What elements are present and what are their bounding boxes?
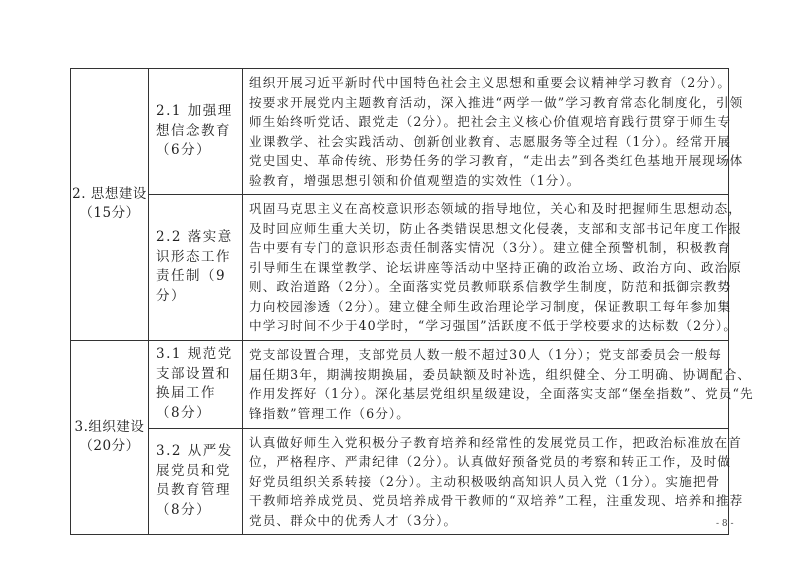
description-line: 中学习时间不少于40学时，“学习强国”活跃度不低于学校要求的达标数（2分）。 [249, 316, 722, 336]
category-score: （15分） [71, 204, 148, 223]
table-row: 2. 思想建设 （15分） 2.1 加强理想信念教育（6分） 组织开展习近平新时… [71, 69, 729, 195]
description-line: 力向校园渗透（2分）。建立健全师生政治理论学习制度，保证教职工每年参加集 [249, 297, 722, 317]
description-line: 作用发挥好（1分）。深化基层党组织星级建设，全面落实支部“堡垒指数”、党员“先 [249, 384, 722, 404]
description-line: 告中要有专门的意识形态责任制落实情况（3分）。建立健全预警机制，积极教育 [249, 238, 722, 258]
subcategory-cell: 2.1 加强理想信念教育（6分） [149, 69, 243, 195]
description-cell: 巩固马克思主义在高校意识形态领域的指导地位，关心和及时把握师生思想动态， 及时回… [243, 195, 729, 341]
subcategory-title: 3.2 从严发展党员和党员教育管理（8分） [156, 443, 233, 518]
table-row: 2.2 落实意识形态工作责任制（9分） 巩固马克思主义在高校意识形态领域的指导地… [71, 195, 729, 341]
subcategory-cell: 3.2 从严发展党员和党员教育管理（8分） [149, 428, 243, 535]
description-line: 巩固马克思主义在高校意识形态领域的指导地位，关心和及时把握师生思想动态， [249, 199, 722, 219]
subcategory-cell: 3.1 规范党支部设置和换届工作（8分） [149, 340, 243, 428]
category-title: 3.组织建设 [71, 418, 148, 437]
description-line: 届任期3年，期满按期换届，委员缺额及时补选，组织健全、分工明确、协调配合、 [249, 365, 722, 385]
category-score: （20分） [71, 437, 148, 456]
subcategory-cell: 2.2 落实意识形态工作责任制（9分） [149, 195, 243, 341]
subcategory-title: 2.2 落实意识形态工作责任制（9分） [156, 229, 233, 304]
description-cell: 组织开展习近平新时代中国特色社会主义思想和重要会议精神学习教育（2分）。 按要求… [243, 69, 729, 195]
description-line: 组织开展习近平新时代中国特色社会主义思想和重要会议精神学习教育（2分）。 [249, 73, 722, 93]
description-line: 好党员组织关系转接（2分）。主动积极吸纳高知识人员入党（1分）。实施把骨 [249, 472, 722, 492]
description-line: 按要求开展党内主题教育活动，深入推进“两学一做”学习教育常态化制度化，引领 [249, 93, 722, 113]
description-line: 则、政治道路（2分）。全面落实党员教师联系信教学生制度，防范和抵御宗教势 [249, 277, 722, 297]
table-row: 3.2 从严发展党员和党员教育管理（8分） 认真做好师生入党积极分子教育培养和经… [71, 428, 729, 535]
description-cell: 认真做好师生入党积极分子教育培养和经常性的发展党员工作，把政治标准放在首 位，严… [243, 428, 729, 535]
description-line: 验教育，增强思想引领和价值观塑造的实效性（1分）。 [249, 171, 722, 191]
description-line: 引导师生在课堂教学、论坛讲座等活动中坚持正确的政治立场、政治方向、政治原 [249, 258, 722, 278]
table-row: 3.组织建设 （20分） 3.1 规范党支部设置和换届工作（8分） 党支部设置合… [71, 340, 729, 428]
description-line: 师生始终听党话、跟党走（2分）。把社会主义核心价值观培育践行贯穿于师生专 [249, 112, 722, 132]
category-cell: 2. 思想建设 （15分） [71, 69, 149, 341]
description-line: 位，严格程序、严肃纪律（2分）。认真做好预备党员的考察和转正工作，及时做 [249, 452, 722, 472]
description-line: 党史国史、革命传统、形势任务的学习教育，“走出去”到各类红色基地开展现场体 [249, 151, 722, 171]
description-line: 锋指数”管理工作（6分）。 [249, 404, 722, 424]
page-number: - 8 - [716, 519, 734, 529]
evaluation-table: 2. 思想建设 （15分） 2.1 加强理想信念教育（6分） 组织开展习近平新时… [70, 68, 729, 535]
description-line: 业课教学、社会实践活动、创新创业教育、志愿服务等全过程（1分）。经常开展 [249, 132, 722, 152]
category-title: 2. 思想建设 [71, 185, 148, 204]
category-cell: 3.组织建设 （20分） [71, 340, 149, 535]
description-line: 认真做好师生入党积极分子教育培养和经常性的发展党员工作，把政治标准放在首 [249, 433, 722, 453]
description-line: 干教师培养成党员、党员培养成骨干教师的“双培养”工程，注重发现、培养和推荐 [249, 491, 722, 511]
subcategory-title: 3.1 规范党支部设置和换届工作（8分） [156, 346, 233, 421]
description-line: 党支部设置合理，支部党员人数一般不超过30人（1分）；党支部委员会一般每 [249, 345, 722, 365]
description-line: 及时回应师生重大关切，防止各类错误思想文化侵袭，支部和支部书记年度工作报 [249, 219, 722, 239]
description-line: 党员、群众中的优秀人才（3分）。 [249, 511, 722, 531]
subcategory-title: 2.1 加强理想信念教育（6分） [156, 103, 233, 158]
description-cell: 党支部设置合理，支部党员人数一般不超过30人（1分）；党支部委员会一般每 届任期… [243, 340, 729, 428]
